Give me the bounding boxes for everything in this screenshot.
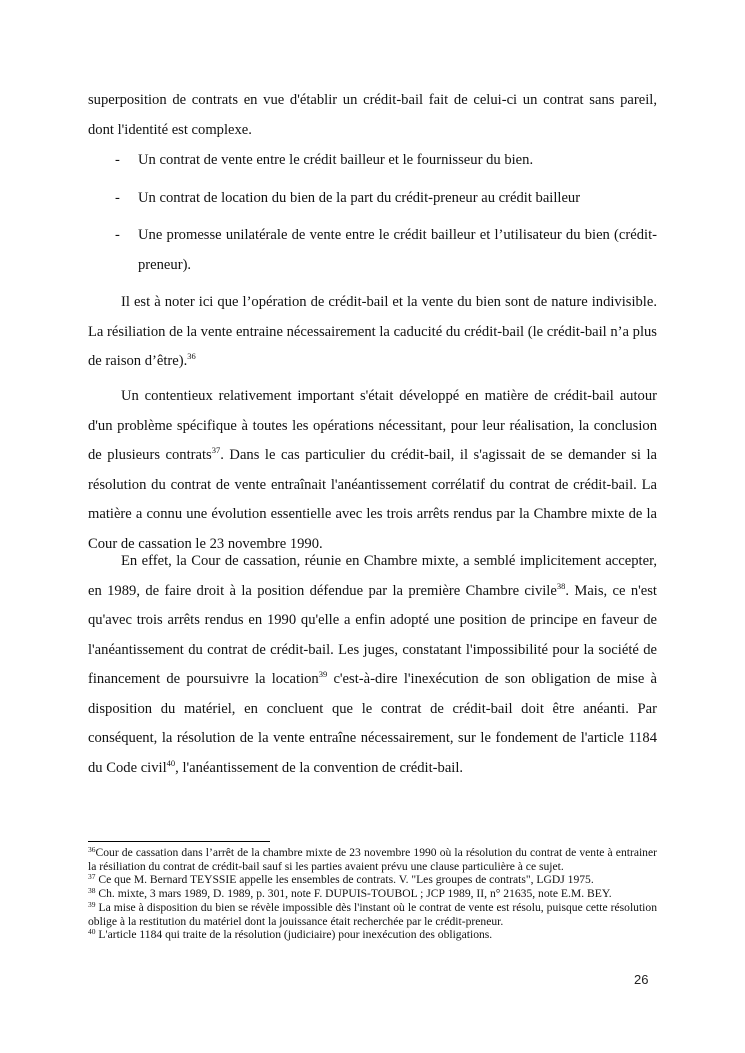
footnote-text: La mise à disposition du bien se révèle …	[88, 901, 657, 928]
footnote-number: 37	[88, 872, 96, 881]
footnote-36: 36Cour de cassation dans l’arrêt de la c…	[88, 846, 657, 873]
footnote-number: 39	[88, 900, 96, 909]
paragraph-indivisibility: Il est à noter ici que l’opération de cr…	[88, 288, 657, 377]
footnote-number: 40	[88, 927, 96, 936]
bullet-item: - Une promesse unilatérale de vente entr…	[88, 221, 657, 280]
bullet-text: Un contrat de location du bien de la par…	[138, 190, 580, 206]
dash-bullet-icon: -	[115, 146, 120, 176]
paragraph-cour-de-cassation: En effet, la Cour de cassation, réunie e…	[88, 547, 657, 783]
footnotes: 36Cour de cassation dans l’arrêt de la c…	[88, 846, 657, 942]
footnote-ref-40[interactable]: 40	[167, 758, 176, 768]
footnote-text: Ce que M. Bernard TEYSSIE appelle les en…	[96, 873, 594, 886]
paragraph-contentieux: Un contentieux relativement important s'…	[88, 382, 657, 559]
dash-bullet-icon: -	[115, 221, 120, 251]
footnote-text: Cour de cassation dans l’arrêt de la cha…	[88, 846, 657, 873]
footnote-39: 39 La mise à disposition du bien se révè…	[88, 901, 657, 928]
footnote-ref-36[interactable]: 36	[187, 351, 196, 361]
intro-text: superposition de contrats en vue d'établ…	[88, 86, 657, 145]
bullet-text: Un contrat de vente entre le crédit bail…	[138, 152, 533, 168]
footnote-37: 37 Ce que M. Bernard TEYSSIE appelle les…	[88, 873, 657, 887]
paragraph-text: Il est à noter ici que l’opération de cr…	[88, 294, 657, 369]
footnote-number: 38	[88, 886, 96, 895]
dash-bullet-icon: -	[115, 184, 120, 214]
bullet-text: Une promesse unilatérale de vente entre …	[138, 227, 657, 273]
footnote-text: L'article 1184 qui traite de la résoluti…	[96, 928, 493, 941]
bullet-list: - Un contrat de vente entre le crédit ba…	[88, 146, 657, 280]
page-number: 26	[634, 972, 648, 987]
footnote-38: 38 Ch. mixte, 3 mars 1989, D. 1989, p. 3…	[88, 887, 657, 901]
footnote-40: 40 L'article 1184 qui traite de la résol…	[88, 928, 657, 942]
intro-paragraph: superposition de contrats en vue d'établ…	[88, 86, 657, 145]
footnote-separator	[88, 841, 270, 842]
bullet-item: - Un contrat de location du bien de la p…	[88, 184, 657, 214]
paragraph-text: , l'anéantissement de la convention de c…	[175, 760, 463, 776]
footnote-ref-37[interactable]: 37	[212, 445, 221, 455]
footnote-ref-39[interactable]: 39	[319, 669, 328, 679]
footnote-text: Ch. mixte, 3 mars 1989, D. 1989, p. 301,…	[96, 887, 612, 900]
document-page: superposition de contrats en vue d'établ…	[0, 0, 745, 1053]
bullet-item: - Un contrat de vente entre le crédit ba…	[88, 146, 657, 176]
footnote-number: 36	[88, 845, 96, 854]
